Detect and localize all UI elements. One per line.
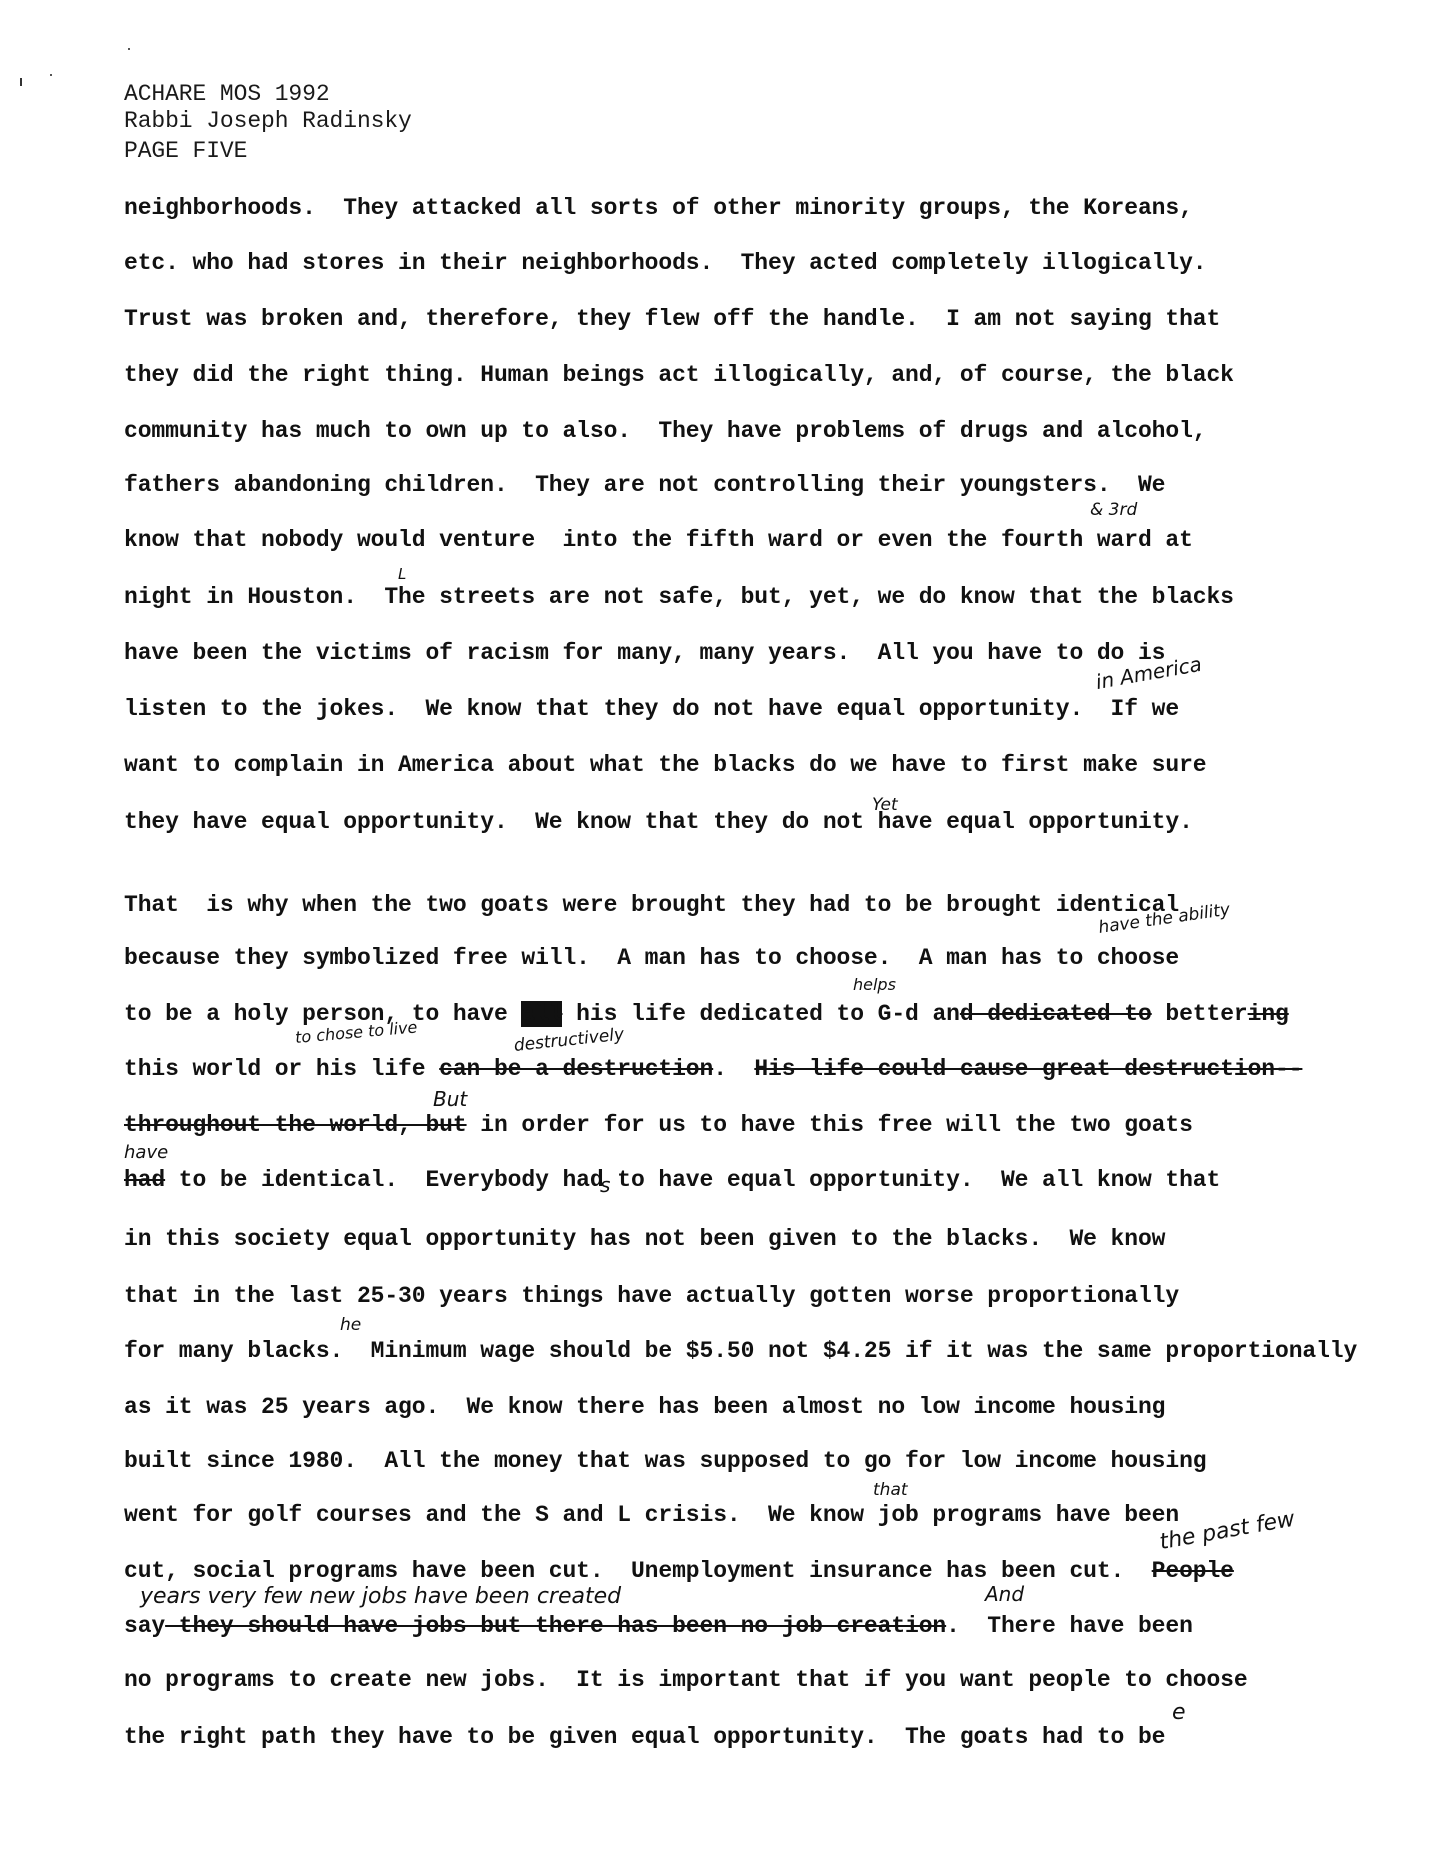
text-run: in order for us to have this free will t…: [467, 1112, 1193, 1138]
text-run: his life dedicated to G-d an: [562, 1001, 959, 1027]
handwritten-insert: helps: [853, 975, 896, 994]
body-line: have been the victims of racism for many…: [124, 640, 1165, 666]
text-run: to be a holy person, to have: [124, 1001, 521, 1027]
document-page: ACHARE MOS 1992 Rabbi Joseph Radinsky PA…: [0, 0, 1430, 1851]
body-line: etc. who had stores in their neighborhoo…: [124, 250, 1206, 276]
scan-speck: [20, 78, 22, 86]
header-author: Rabbi Joseph Radinsky: [124, 108, 412, 134]
text-run: better: [1152, 1001, 1248, 1027]
body-line: listen to the jokes. We know that they d…: [124, 696, 1179, 722]
deleted-text: His life could cause great destruction--: [754, 1056, 1302, 1082]
handwritten-insert: And: [985, 1582, 1024, 1606]
text-run: . There have been: [946, 1613, 1193, 1639]
header-title: ACHARE MOS 1992: [124, 81, 330, 107]
text-run: cut, social programs have been cut. Unem…: [124, 1558, 1152, 1584]
deleted-text: can be a destruction: [439, 1056, 713, 1082]
body-line: fathers abandoning children. They are no…: [124, 472, 1165, 498]
deleted-suffix: ing: [1248, 1001, 1289, 1027]
text-run: .: [713, 1056, 754, 1082]
handwritten-insert: have: [124, 1142, 168, 1163]
body-line: they have equal opportunity. We know tha…: [124, 809, 1193, 835]
body-line: went for golf courses and the S and L cr…: [124, 1502, 1179, 1528]
body-line: want to complain in America about what t…: [124, 752, 1206, 778]
body-line: this world or his life can be a destruct…: [124, 1056, 1302, 1082]
body-line: had to be identical. Everybody had to ha…: [124, 1167, 1220, 1193]
handwritten-mark: e: [1172, 1700, 1186, 1725]
header-page: PAGE FIVE: [124, 138, 247, 164]
deleted-text: d dedicated to: [960, 1001, 1152, 1027]
body-line: say they should have jobs but there has …: [124, 1613, 1193, 1639]
handwritten-insert: destructively: [513, 1025, 625, 1056]
handwritten-mark: s: [600, 1173, 610, 1197]
body-line: to be a holy person, to have all his lif…: [124, 1001, 1289, 1027]
body-line: neighborhoods. They attacked all sorts o…: [124, 195, 1193, 221]
body-line: night in Houston. The streets are not sa…: [124, 584, 1234, 610]
body-line: Trust was broken and, therefore, they fl…: [124, 306, 1220, 332]
text-run: this world or his life: [124, 1056, 439, 1082]
deleted-word: had: [124, 1167, 165, 1193]
handwritten-insert: years very few new jobs have been create…: [140, 1584, 621, 1609]
body-line: in this society equal opportunity has no…: [124, 1226, 1165, 1252]
scan-speck: [50, 74, 52, 76]
deleted-word: People: [1152, 1558, 1234, 1584]
body-line: because they symbolized free will. A man…: [124, 945, 1179, 971]
handwritten-insert: that: [873, 1480, 908, 1500]
body-line: for many blacks. Minimum wage should be …: [124, 1338, 1357, 1364]
handwritten-insert: he: [340, 1315, 361, 1335]
deleted-text: throughout the world, but: [124, 1112, 467, 1138]
text-run: to be identical. Everybody had to have e…: [165, 1167, 1220, 1193]
text-run: say: [124, 1613, 165, 1639]
body-line: built since 1980. All the money that was…: [124, 1448, 1206, 1474]
body-line: That is why when the two goats were brou…: [124, 892, 1179, 918]
body-line: throughout the world, but in order for u…: [124, 1112, 1193, 1138]
body-line: as it was 25 years ago. We know there ha…: [124, 1394, 1165, 1420]
body-line: community has much to own up to also. Th…: [124, 418, 1206, 444]
body-line: the right path they have to be given equ…: [124, 1724, 1165, 1750]
handwritten-insert: But: [433, 1087, 467, 1111]
body-line: know that nobody would venture into the …: [124, 527, 1193, 553]
body-line: they did the right thing. Human beings a…: [124, 362, 1234, 388]
body-line: no programs to create new jobs. It is im…: [124, 1667, 1248, 1693]
body-line: that in the last 25-30 years things have…: [124, 1283, 1179, 1309]
deleted-word: all: [521, 1001, 562, 1027]
handwritten-insert: Yet: [872, 795, 898, 815]
handwritten-insert: L: [398, 565, 406, 583]
deleted-text: they should have jobs but there has been…: [165, 1613, 946, 1639]
scan-speck: [128, 48, 130, 50]
handwritten-insert: & 3rd: [1090, 500, 1137, 520]
body-line: cut, social programs have been cut. Unem…: [124, 1558, 1234, 1584]
